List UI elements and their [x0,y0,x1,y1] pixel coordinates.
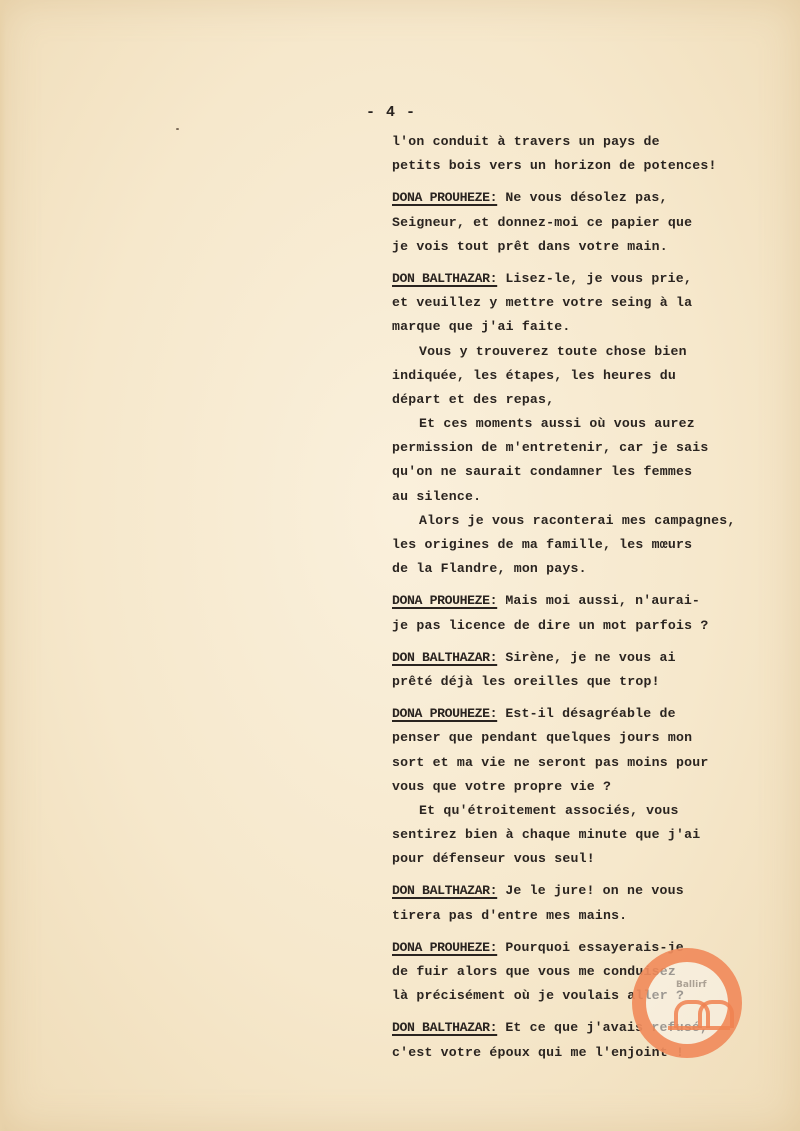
line-text: de fuir alors que vous me conduisez [392,964,676,979]
line-text: l'on conduit à travers un pays de [392,134,660,149]
page-edge [0,0,6,1131]
dialogue-line: de la Flandre, mon pays. [392,557,792,581]
line-text: indiquée, les étapes, les heures du [392,368,676,383]
line-text: les origines de ma famille, les mœurs [392,537,692,552]
dialogue-line: au silence. [392,485,792,509]
dialogue-line: qu'on ne saurait condamner les femmes [392,460,792,484]
line-text: Lisez-le, je vous prie, [497,271,692,286]
line-text: je pas licence de dire un mot parfois ? [392,618,708,633]
line-text: Est-il désagréable de [497,706,676,721]
line-text: Sirène, je ne vous ai [497,650,676,665]
line-text: qu'on ne saurait condamner les femmes [392,464,692,479]
dialogue-line: sort et ma vie ne seront pas moins pour [392,751,792,775]
line-text: Alors je vous raconterai mes campagnes, [419,513,735,528]
dialogue-line: Vous y trouverez toute chose bien [392,340,792,364]
line-text: sentirez bien à chaque minute que j'ai [392,827,700,842]
dialogue-line: je vois tout prêt dans votre main. [392,235,792,259]
dialogue-line: départ et des repas, [392,388,792,412]
dialogue-line: marque que j'ai faite. [392,315,792,339]
line-text: Et qu'étroitement associés, vous [419,803,679,818]
line-text: permission de m'entretenir, car je sais [392,440,708,455]
dialogue-line: vous que votre propre vie ? [392,775,792,799]
dialogue-line: tirera pas d'entre mes mains. [392,904,792,928]
dialogue-line-speaker: DON BALTHAZAR: Sirène, je ne vous ai [392,646,792,670]
dialogue-line: les origines de ma famille, les mœurs [392,533,792,557]
speaker-name: DON BALTHAZAR: [392,883,497,898]
speaker-name: DONA PROUHEZE: [392,593,497,608]
typescript-page: - 4 - l'on conduit à travers un pays dep… [0,0,800,1131]
stamp-base [668,1026,730,1030]
dialogue-line: pour défenseur vous seul! [392,847,792,871]
dialogue-line: l'on conduit à travers un pays de [392,130,792,154]
line-text: c'est votre époux qui me l'enjoint ! [392,1045,684,1060]
speaker-name: DON BALTHAZAR: [392,271,497,286]
line-text: Je le jure! on ne vous [497,883,684,898]
dialogue-text: l'on conduit à travers un pays depetits … [392,130,792,1065]
speaker-name: DONA PROUHEZE: [392,190,497,205]
library-stamp: Ballirf [632,948,742,1058]
dialogue-line: sentirez bien à chaque minute que j'ai [392,823,792,847]
dialogue-line: c'est votre époux qui me l'enjoint ! [392,1041,792,1065]
dialogue-line-speaker: DONA PROUHEZE: Ne vous désolez pas, [392,186,792,210]
speaker-name: DONA PROUHEZE: [392,940,497,955]
line-text: Vous y trouverez toute chose bien [419,344,687,359]
line-text: marque que j'ai faite. [392,319,571,334]
paper-speck [176,128,179,130]
dialogue-line: petits bois vers un horizon de potences! [392,154,792,178]
line-text: départ et des repas, [392,392,554,407]
dialogue-line: penser que pendant quelques jours mon [392,726,792,750]
dialogue-line: Seigneur, et donnez-moi ce papier que [392,211,792,235]
speaker-name: DONA PROUHEZE: [392,706,497,721]
dialogue-line: Et ces moments aussi où vous aurez [392,412,792,436]
dialogue-line: Et qu'étroitement associés, vous [392,799,792,823]
dialogue-line-speaker: DON BALTHAZAR: Je le jure! on ne vous [392,879,792,903]
line-text: pour défenseur vous seul! [392,851,595,866]
page-number: - 4 - [366,104,416,121]
dialogue-line: et veuillez y mettre votre seing à la [392,291,792,315]
dialogue-line-speaker: DONA PROUHEZE: Pourquoi essayerais-je [392,936,792,960]
line-text: et veuillez y mettre votre seing à la [392,295,692,310]
dialogue-line-speaker: DONA PROUHEZE: Est-il désagréable de [392,702,792,726]
dialogue-line: indiquée, les étapes, les heures du [392,364,792,388]
line-text: au silence. [392,489,481,504]
line-text: de la Flandre, mon pays. [392,561,587,576]
line-text: petits bois vers un horizon de potences! [392,158,717,173]
line-text: Ne vous désolez pas, [497,190,667,205]
stamp-arch-icon [698,1000,734,1028]
line-text: tirera pas d'entre mes mains. [392,908,627,923]
line-text: penser que pendant quelques jours mon [392,730,692,745]
speaker-name: DON BALTHAZAR: [392,1020,497,1035]
dialogue-line: permission de m'entretenir, car je sais [392,436,792,460]
line-text: vous que votre propre vie ? [392,779,611,794]
line-text: Seigneur, et donnez-moi ce papier que [392,215,692,230]
dialogue-line-speaker: DONA PROUHEZE: Mais moi aussi, n'aurai- [392,589,792,613]
line-text: Pourquoi essayerais-je [497,940,684,955]
line-text: Et ces moments aussi où vous aurez [419,416,695,431]
line-text: sort et ma vie ne seront pas moins pour [392,755,708,770]
stamp-label: Ballirf [676,980,707,990]
dialogue-line: prêté déjà les oreilles que trop! [392,670,792,694]
line-text: prêté déjà les oreilles que trop! [392,674,660,689]
dialogue-line: je pas licence de dire un mot parfois ? [392,614,792,638]
dialogue-line: Alors je vous raconterai mes campagnes, [392,509,792,533]
line-text: je vois tout prêt dans votre main. [392,239,668,254]
dialogue-line-speaker: DON BALTHAZAR: Lisez-le, je vous prie, [392,267,792,291]
line-text: Mais moi aussi, n'aurai- [497,593,700,608]
speaker-name: DON BALTHAZAR: [392,650,497,665]
